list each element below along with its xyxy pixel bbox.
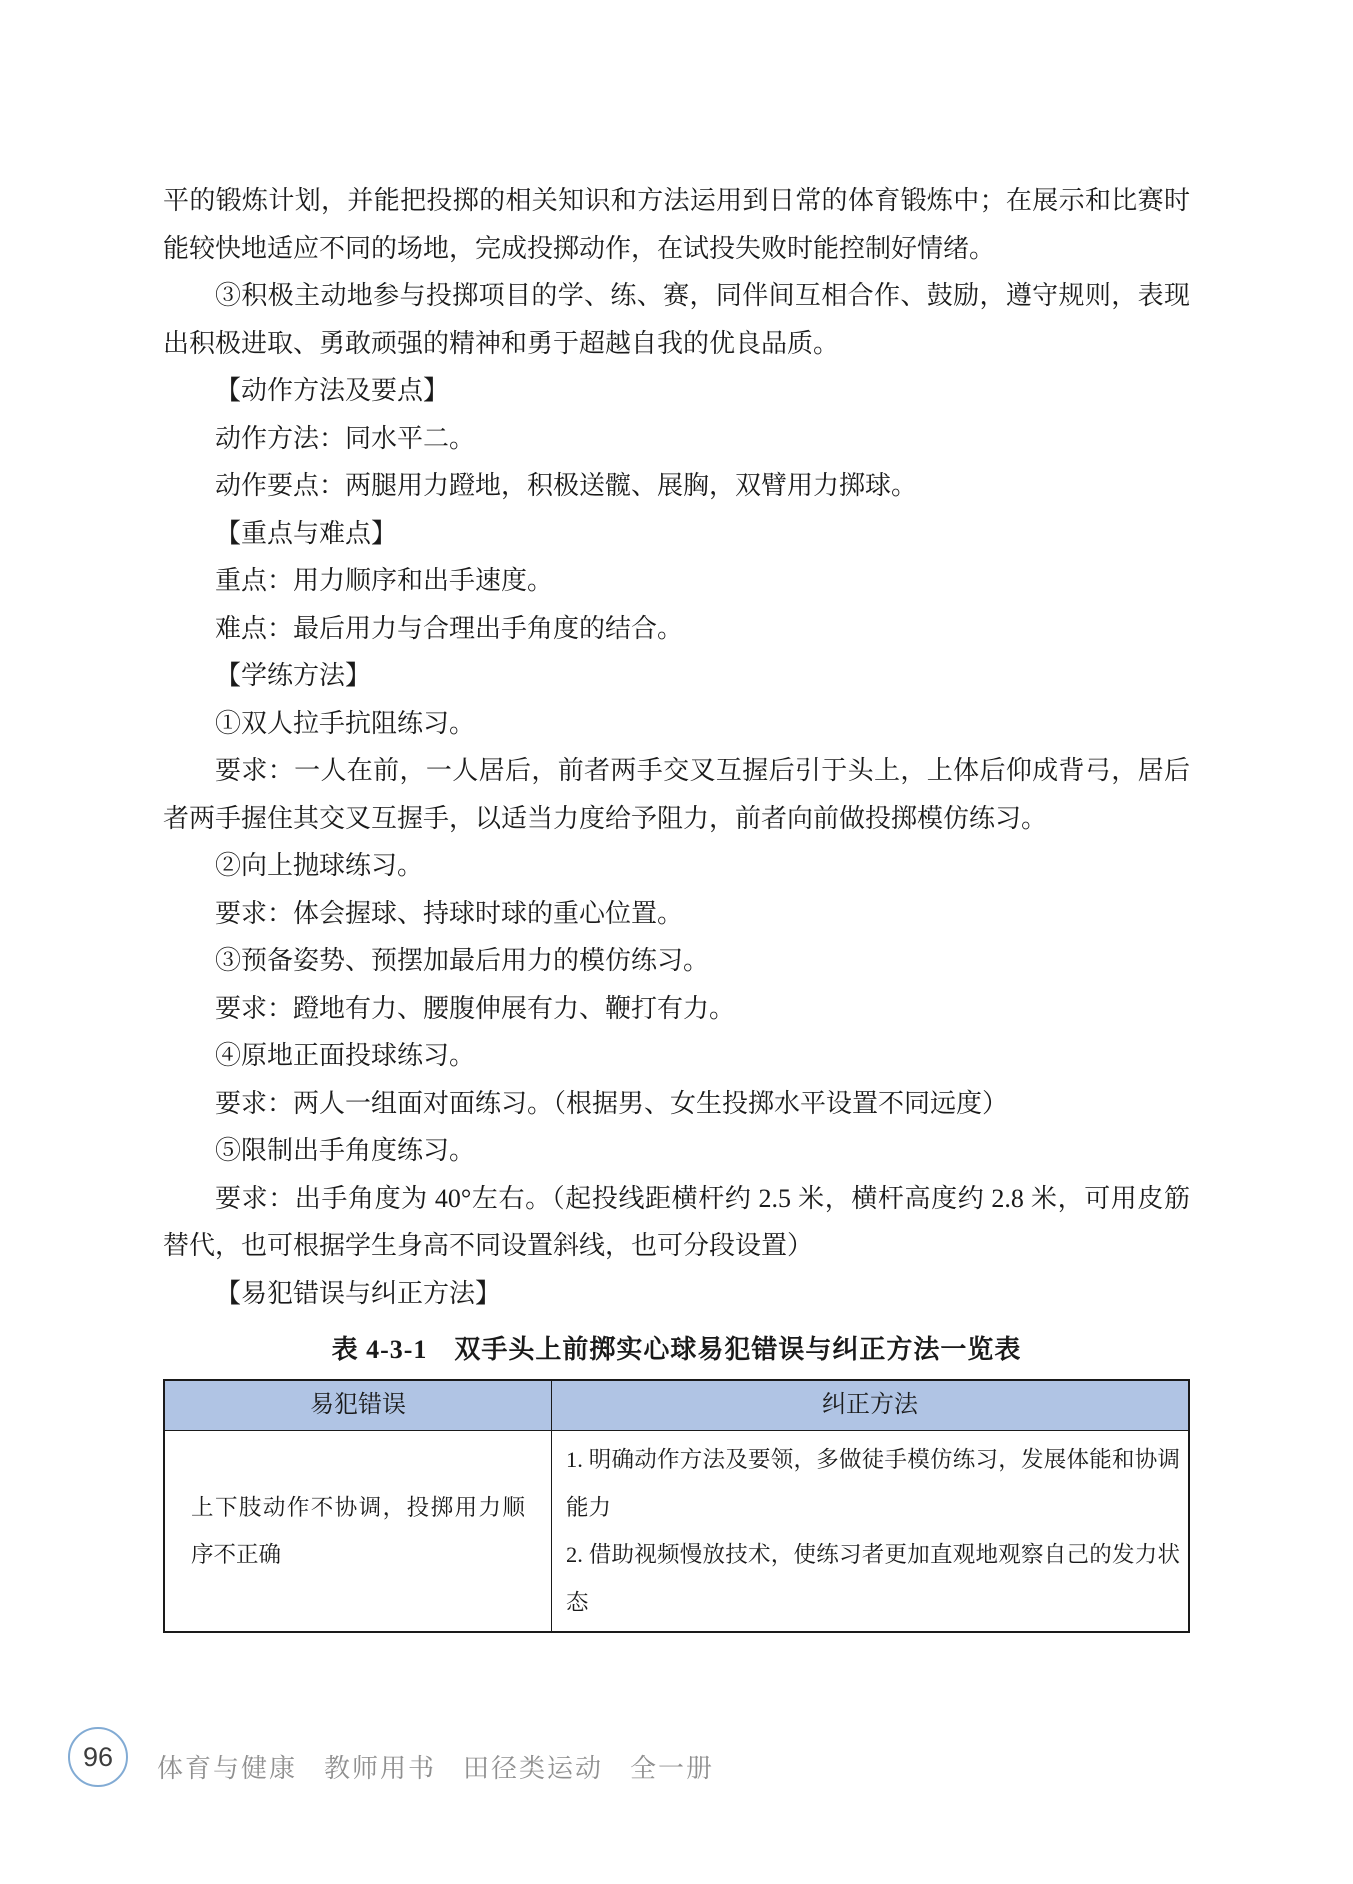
footer-segment: 教师用书	[324, 1748, 436, 1785]
paragraph: 要求：出手角度为 40°左右。（起投线距横杆约 2.5 米，横杆高度约 2.8 …	[163, 1175, 1190, 1270]
footer-segment: 全一册	[630, 1748, 714, 1785]
paragraph: 要求：一人在前，一人居后，前者两手交叉互握后引于头上，上体后仰成背弓，居后者两手…	[163, 747, 1190, 842]
paragraph: ⑤限制出手角度练习。	[163, 1127, 1190, 1175]
error-cell: 上下肢动作不协调，投掷用力顺序不正确	[164, 1431, 552, 1633]
paragraph: 要求：两人一组面对面练习。（根据男、女生投掷水平设置不同远度）	[163, 1080, 1190, 1128]
paragraph: 动作方法：同水平二。	[163, 415, 1190, 463]
footer-segment: 田径类运动	[463, 1748, 603, 1785]
table-caption: 表 4-3-1 双手头上前掷实心球易犯错误与纠正方法一览表	[163, 1326, 1190, 1374]
correction-item: 2. 借助视频慢放技术，使练习者更加直观地观察自己的发力状态	[566, 1531, 1180, 1626]
paragraph: 平的锻炼计划，并能把投掷的相关知识和方法运用到日常的体育锻炼中；在展示和比赛时能…	[163, 177, 1190, 272]
paragraph: ①双人拉手抗阻练习。	[163, 700, 1190, 748]
table-header-row: 易犯错误 纠正方法	[164, 1380, 1189, 1431]
section-heading: 【易犯错误与纠正方法】	[163, 1270, 1190, 1318]
paragraph: 要求：体会握球、持球时球的重心位置。	[163, 890, 1190, 938]
header-cell-correction: 纠正方法	[552, 1380, 1190, 1431]
section-heading: 【重点与难点】	[163, 510, 1190, 558]
correction-cell: 1. 明确动作方法及要领，多做徒手模仿练习，发展体能和协调能力 2. 借助视频慢…	[552, 1431, 1190, 1633]
paragraph: 要求：蹬地有力、腰腹伸展有力、鞭打有力。	[163, 985, 1190, 1033]
paragraph: 难点：最后用力与合理出手角度的结合。	[163, 605, 1190, 653]
page-number: 96	[83, 1742, 113, 1773]
header-cell-error: 易犯错误	[164, 1380, 552, 1431]
footer-segment: 体育与健康	[157, 1748, 297, 1785]
paragraph: ④原地正面投球练习。	[163, 1032, 1190, 1080]
paragraph: ②向上抛球练习。	[163, 842, 1190, 890]
section-heading: 【学练方法】	[163, 652, 1190, 700]
table-row: 上下肢动作不协调，投掷用力顺序不正确 1. 明确动作方法及要领，多做徒手模仿练习…	[164, 1431, 1189, 1633]
page-number-badge: 96	[68, 1727, 128, 1787]
error-correction-table: 易犯错误 纠正方法 上下肢动作不协调，投掷用力顺序不正确 1. 明确动作方法及要…	[163, 1379, 1190, 1634]
paragraph: ③积极主动地参与投掷项目的学、练、赛，同伴间互相合作、鼓励，遵守规则，表现出积极…	[163, 272, 1190, 367]
correction-item: 1. 明确动作方法及要领，多做徒手模仿练习，发展体能和协调能力	[566, 1436, 1180, 1531]
paragraph: 重点：用力顺序和出手速度。	[163, 557, 1190, 605]
paragraph: ③预备姿势、预摆加最后用力的模仿练习。	[163, 937, 1190, 985]
paragraph: 动作要点：两腿用力蹬地，积极送髋、展胸，双臂用力掷球。	[163, 462, 1190, 510]
page-body: 平的锻炼计划，并能把投掷的相关知识和方法运用到日常的体育锻炼中；在展示和比赛时能…	[163, 177, 1190, 1633]
section-heading: 【动作方法及要点】	[163, 367, 1190, 415]
footer-book-title: 体育与健康 教师用书 田径类运动 全一册	[157, 1744, 714, 1788]
